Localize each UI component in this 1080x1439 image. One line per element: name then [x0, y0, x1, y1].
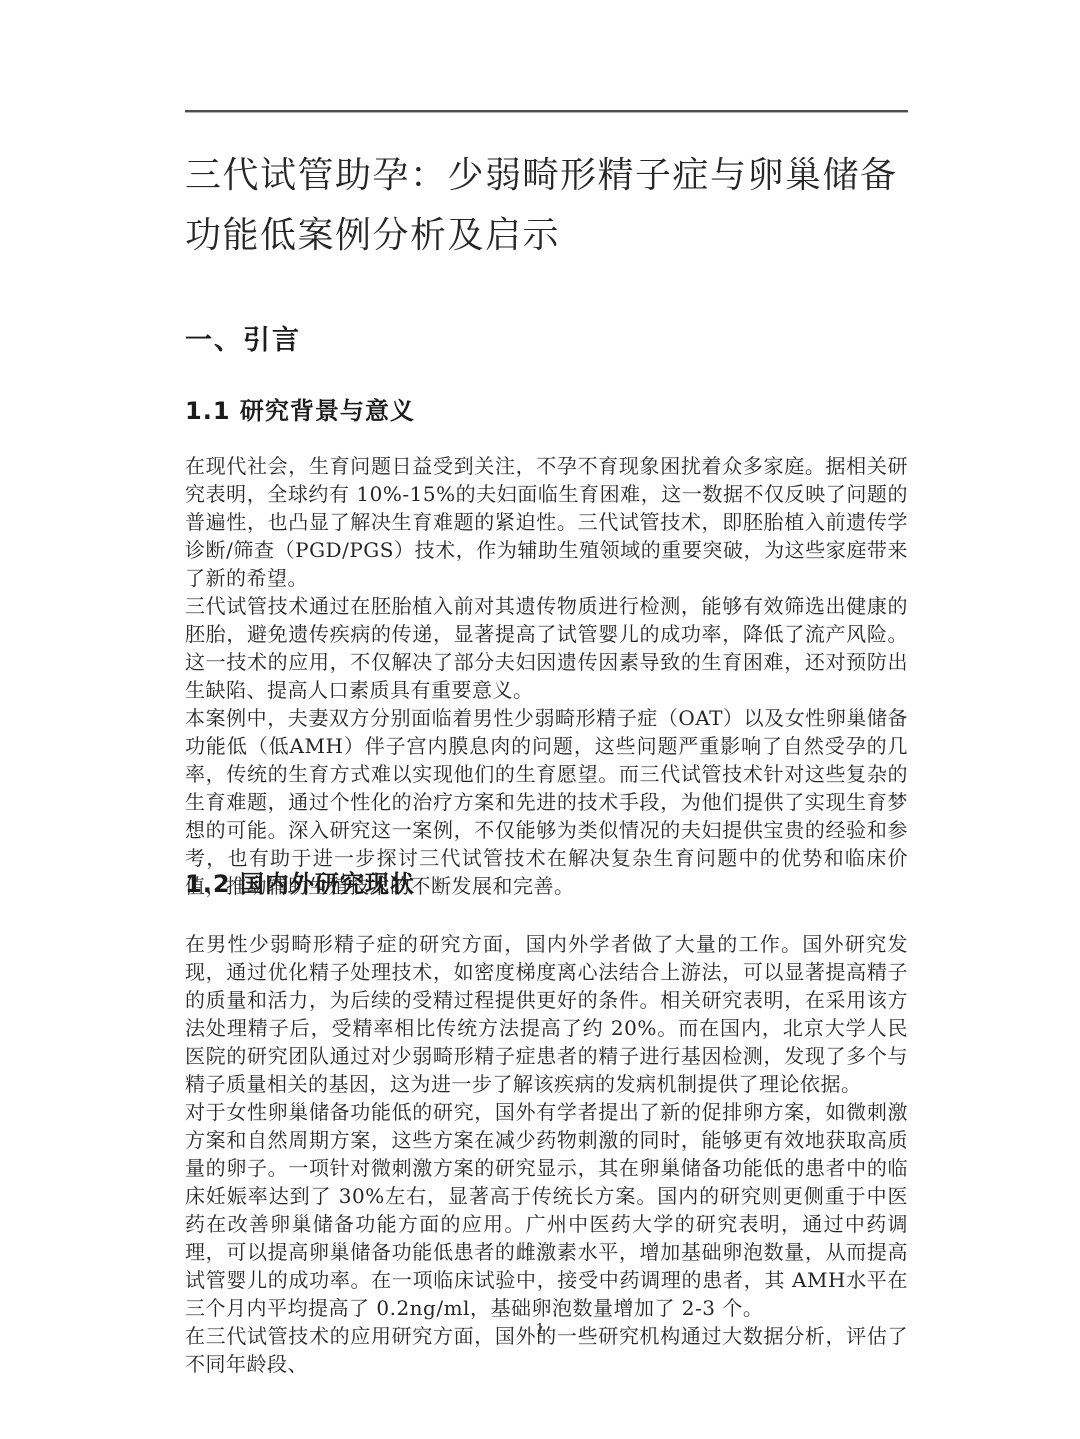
subsection-heading-1-1: 1.1 研究背景与意义: [185, 391, 908, 426]
page-number: 1: [0, 1320, 1080, 1338]
paragraph-research-status-1: 在男性少弱畸形精子症的研究方面，国内外学者做了大量的工作。国外研究发现，通过优化…: [185, 930, 908, 1098]
paragraph-research-status-2: 对于女性卵巢储备功能低的研究，国外有学者提出了新的促排卵方案，如微刺激方案和自然…: [185, 1098, 908, 1322]
document-page: 三代试管助孕：少弱畸形精子症与卵巢储备功能低案例分析及启示 一、引言 1.1 研…: [0, 0, 1080, 1439]
paragraph-background-1: 在现代社会，生育问题日益受到关注，不孕不育现象困扰着众多家庭。据相关研究表明，全…: [185, 452, 908, 592]
subsection-1-1-body: 在现代社会，生育问题日益受到关注，不孕不育现象困扰着众多家庭。据相关研究表明，全…: [185, 452, 908, 900]
section-heading-introduction: 一、引言: [185, 318, 908, 357]
title-rule: [185, 110, 908, 113]
document-title: 三代试管助孕：少弱畸形精子症与卵巢储备功能低案例分析及启示: [185, 146, 908, 266]
subsection-heading-1-2: 1.2 国内外研究现状: [185, 864, 908, 899]
paragraph-background-2: 三代试管技术通过在胚胎植入前对其遗传物质进行检测，能够有效筛选出健康的胚胎，避免…: [185, 592, 908, 704]
subsection-1-2-body: 在男性少弱畸形精子症的研究方面，国内外学者做了大量的工作。国外研究发现，通过优化…: [185, 930, 908, 1378]
